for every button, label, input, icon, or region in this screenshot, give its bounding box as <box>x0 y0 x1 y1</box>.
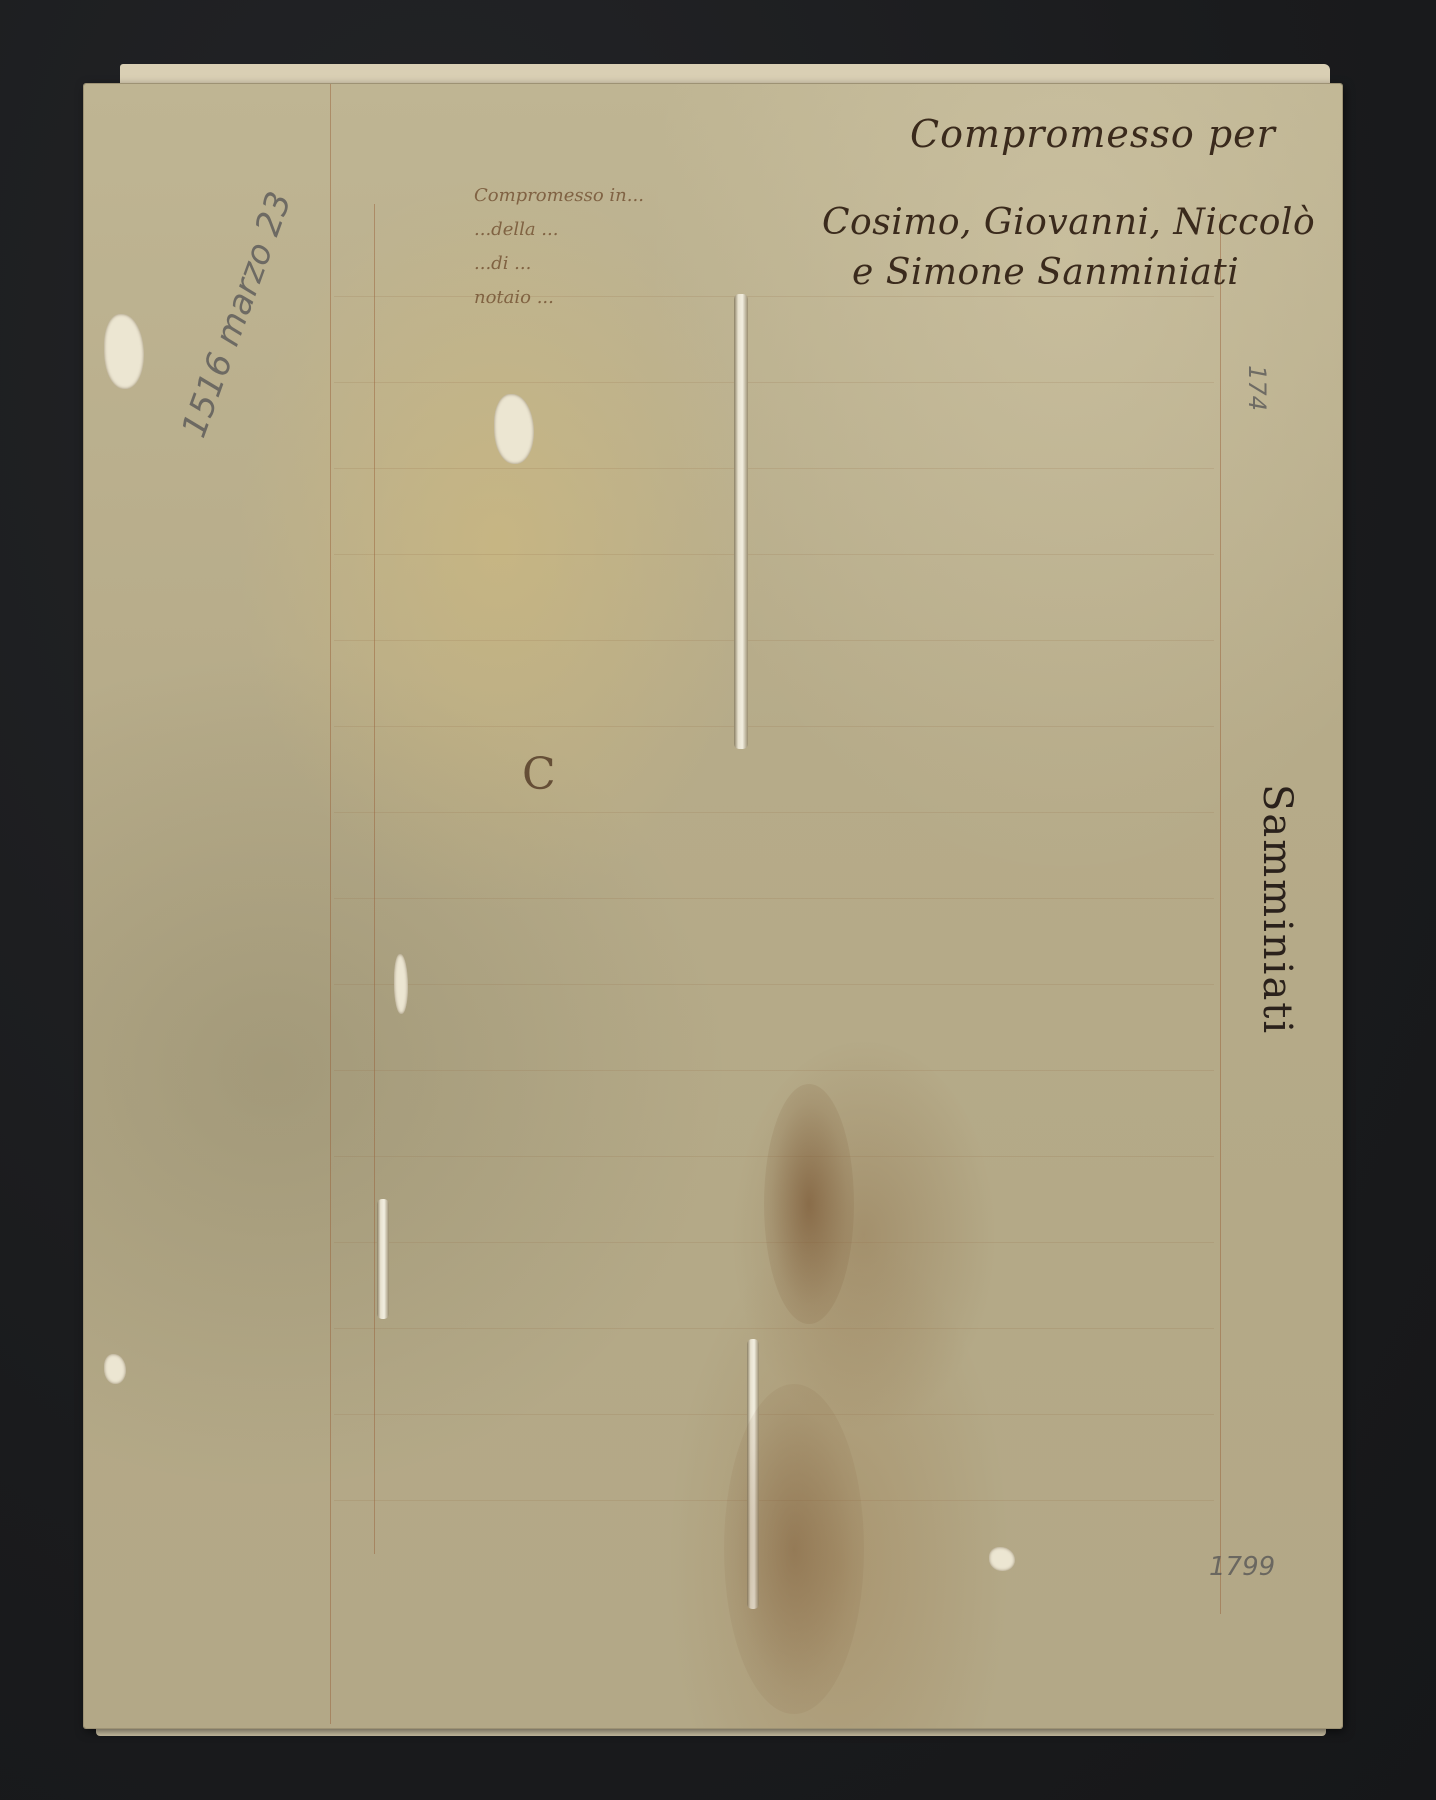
paper-loss <box>494 394 534 464</box>
faint-note-line: Compromesso in... <box>474 179 644 213</box>
ruled-line <box>334 984 1214 985</box>
pencil-folio-number: 174 <box>1243 365 1271 411</box>
docket-names-line-2: e Simone Sanminiati <box>852 252 1239 293</box>
docket-heading: Compromesso per <box>910 112 1276 156</box>
water-stain <box>724 1384 864 1714</box>
ruled-margin-inner-left <box>374 204 375 1554</box>
faint-note-line: ...della ... <box>474 213 644 247</box>
water-stain <box>764 1084 854 1324</box>
fold-tear-left-lower <box>377 1199 389 1319</box>
ruled-margin-left <box>330 84 331 1724</box>
ruled-margin-inner-right <box>1220 214 1221 1614</box>
ruled-line <box>334 296 1214 297</box>
margin-letter: C <box>522 749 556 800</box>
faint-archival-note: Compromesso in... ...della ... ...di ...… <box>474 179 644 315</box>
paper-loss <box>394 954 408 1014</box>
ruled-line <box>334 812 1214 813</box>
ruled-line <box>334 640 1214 641</box>
docket-names-line-1: Cosimo, Giovanni, Niccolò <box>822 202 1315 243</box>
pencil-year: 1799 <box>1209 1552 1275 1582</box>
pencil-date: 1516 marzo 23 <box>174 187 300 443</box>
ruled-line <box>334 898 1214 899</box>
ruled-line <box>334 1328 1214 1329</box>
ruled-line <box>334 468 1214 469</box>
faint-note-line: ...di ... <box>474 247 644 281</box>
family-label-vertical: Samminiati <box>1254 784 1300 1035</box>
ruled-line <box>334 382 1214 383</box>
paper-loss <box>104 1354 126 1384</box>
ruled-line <box>334 1070 1214 1071</box>
paper-loss <box>989 1547 1015 1571</box>
paper-loss <box>104 314 144 389</box>
faint-note-line: notaio ... <box>474 281 644 315</box>
manuscript-sheet: Compromesso per Cosimo, Giovanni, Niccol… <box>84 84 1342 1728</box>
ruled-line <box>334 554 1214 555</box>
ruled-line <box>334 726 1214 727</box>
fold-tear-upper <box>734 294 748 749</box>
